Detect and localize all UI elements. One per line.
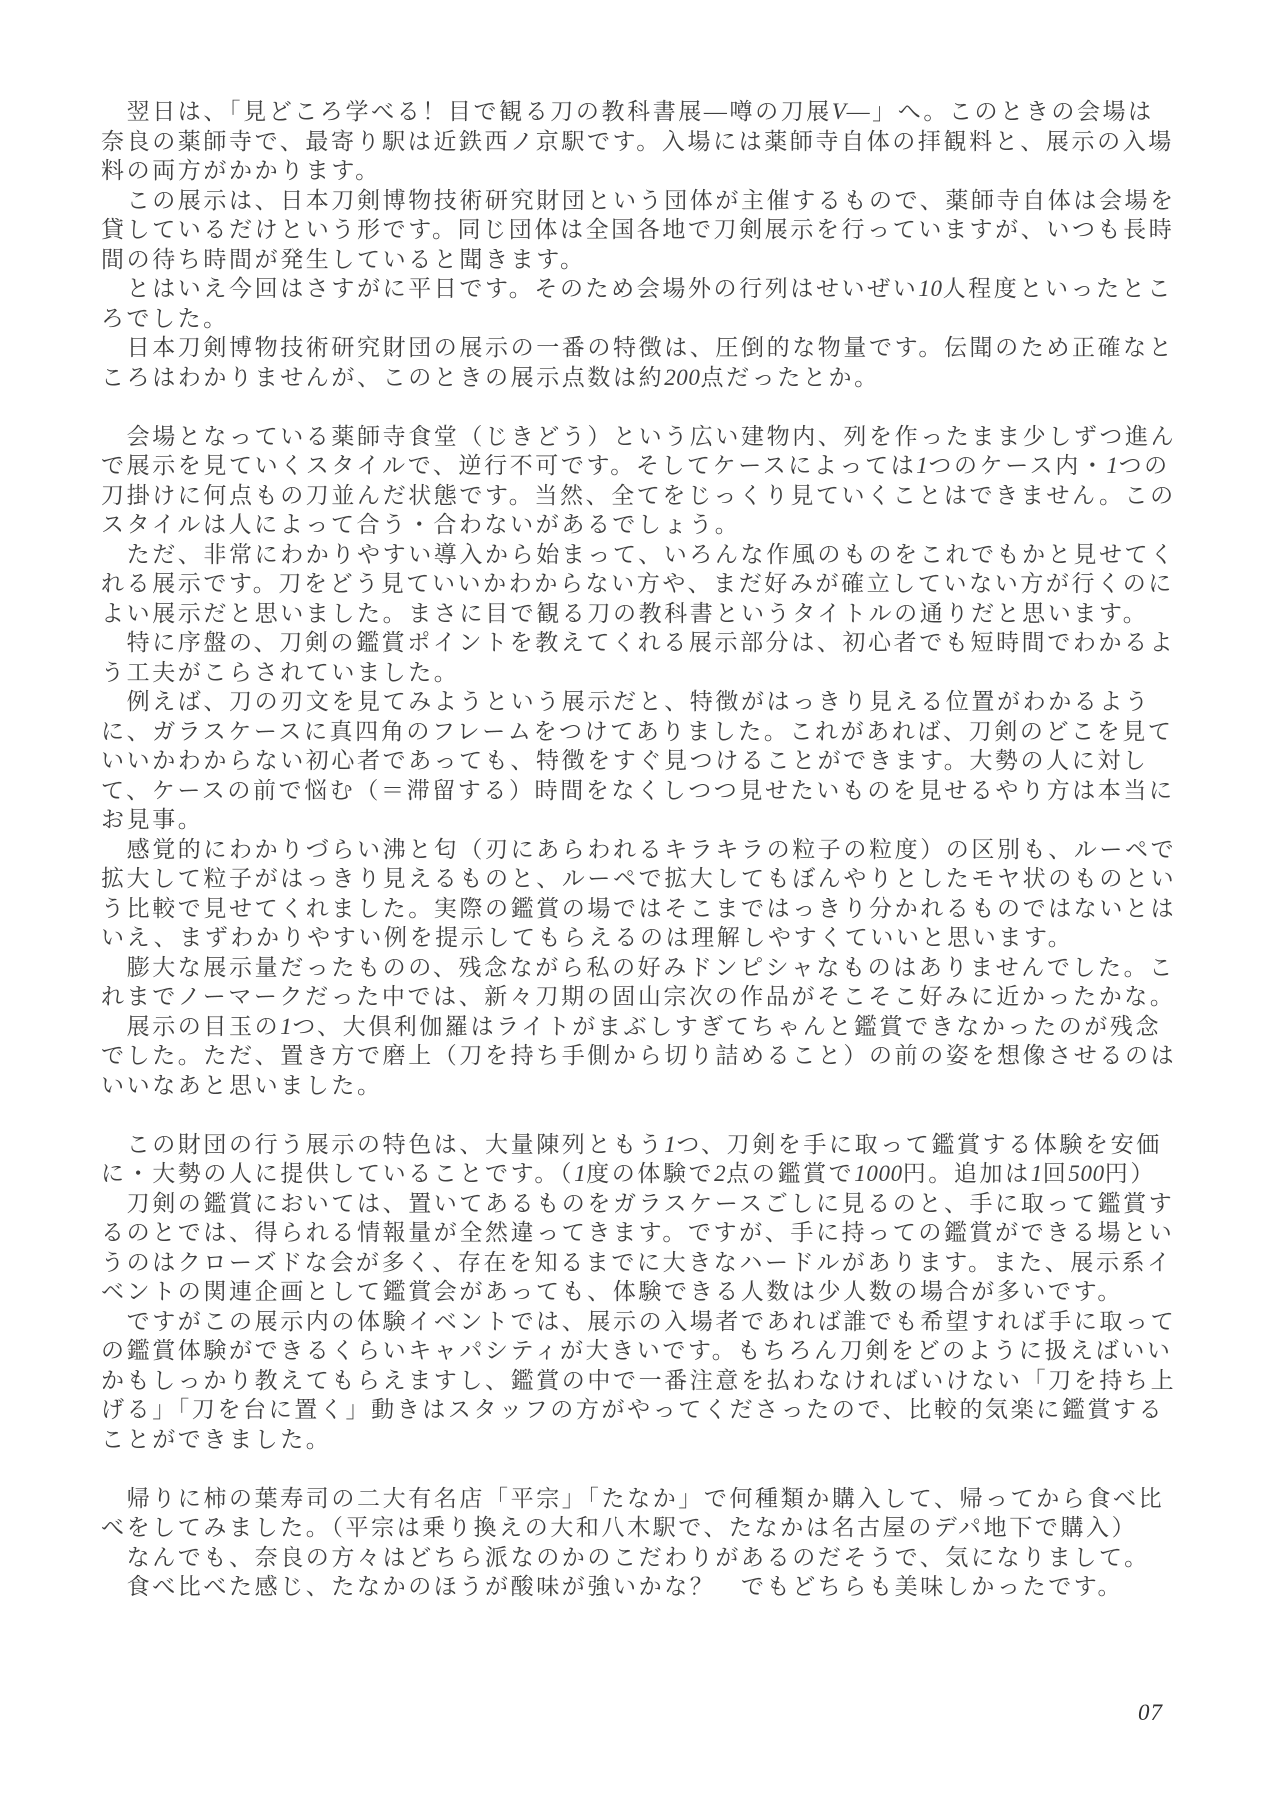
text-line: でした。ただ、置き方で磨上（刀を持ち手側から切り詰めること）の前の姿を想像させる… (101, 1041, 1189, 1071)
text-line: ろでした。 (101, 304, 1189, 334)
text-line: るのとでは、得られる情報量が全然違ってきます。ですが、手に持っての鑑賞ができる場… (101, 1218, 1189, 1248)
text-line: に、ガラスケースに真四角のフレームをつけてありました。これがあれば、刀剣のどこを… (101, 717, 1189, 747)
text-line: よい展示だと思いました。まさに目で観る刀の教科書というタイトルの通りだと思います… (101, 599, 1189, 629)
text-line: 貸しているだけという形です。同じ団体は全国各地で刀剣展示を行っていますが、いつも… (101, 215, 1189, 245)
text-line: て、ケースの前で悩む（＝滞留する）時間をなくしつつ見せたいものを見せるやり方は本… (101, 776, 1189, 806)
text-line: とはいえ今回はさすがに平日です。そのため会場外の行列はせいぜい10人程度といった… (101, 274, 1189, 304)
text-line: 奈良の薬師寺で、最寄り駅は近鉄西ノ京駅です。入場には薬師寺自体の拝観料と、展示の… (101, 127, 1189, 157)
text-line: 料の両方がかかります。 (101, 156, 1189, 186)
text-line: うのはクローズドな会が多く、存在を知るまでに大きなハードルがあります。また、展示… (101, 1248, 1189, 1278)
text-line: 間の待ち時間が発生していると聞きます。 (101, 245, 1189, 275)
text-line: 刀剣の鑑賞においては、置いてあるものをガラスケースごしに見るのと、手に取って鑑賞… (101, 1189, 1189, 1219)
text-line: 帰りに柿の葉寿司の二大有名店「平宗」「たなか」で何種類か購入して、帰ってから食べ… (101, 1484, 1189, 1514)
text-line: の鑑賞体験ができるくらいキャパシティが大きいです。もちろん刀剣をどのように扱えば… (101, 1336, 1189, 1366)
text-line: 例えば、刀の刃文を見てみようという展示だと、特徴がはっきり見える位置がわかるよう (101, 687, 1189, 717)
text-line: れまでノーマークだった中では、新々刀期の固山宗次の作品がそこそこ好みに近かったか… (101, 982, 1189, 1012)
document-page: 翌日は、「見どころ学べる！目で観る刀の教科書展―噂の刀展V―」へ。このときの会場… (0, 0, 1280, 1796)
paragraph-block: この財団の行う展示の特色は、大量陳列ともう1つ、刀剣を手に取って鑑賞する体験を安… (101, 1130, 1189, 1455)
text-line: スタイルは人によって合う・合わないがあるでしょう。 (101, 510, 1189, 540)
text-line: この展示は、日本刀剣博物技術研究財団という団体が主催するもので、薬師寺自体は会場… (101, 186, 1189, 216)
paragraph-block: 会場となっている薬師寺食堂（じきどう）という広い建物内、列を作ったまま少しずつ進… (101, 422, 1189, 1101)
text-line: 刀掛けに何点もの刀並んだ状態です。当然、全てをじっくり見ていくことはできません。… (101, 481, 1189, 511)
text-line: ことができました。 (101, 1425, 1189, 1455)
text-line: う比較で見せてくれました。実際の鑑賞の場ではそこまではっきり分かれるものではない… (101, 894, 1189, 924)
text-line: かもしっかり教えてもらえますし、鑑賞の中で一番注意を払わなければいけない「刀を持… (101, 1366, 1189, 1396)
text-line: で展示を見ていくスタイルで、逆行不可です。そしてケースによっては1つのケース内・… (101, 451, 1189, 481)
text-line: 特に序盤の、刀剣の鑑賞ポイントを教えてくれる展示部分は、初心者でも短時間でわかる… (101, 628, 1189, 658)
text-line: れる展示です。刀をどう見ていいかわからない方や、まだ好みが確立していない方が行く… (101, 569, 1189, 599)
text-line: 翌日は、「見どころ学べる！目で観る刀の教科書展―噂の刀展V―」へ。このときの会場… (101, 97, 1189, 127)
text-line: ただ、非常にわかりやすい導入から始まって、いろんな作風のものをこれでもかと見せて… (101, 540, 1189, 570)
page-number: 07 (1138, 1700, 1163, 1726)
text-line: いいかわからない初心者であっても、特徴をすぐ見つけることができます。大勢の人に対… (101, 746, 1189, 776)
paragraph-block: 帰りに柿の葉寿司の二大有名店「平宗」「たなか」で何種類か購入して、帰ってから食べ… (101, 1484, 1189, 1602)
text-line: ですがこの展示内の体験イベントでは、展示の入場者であれば誰でも希望すれば手に取っ… (101, 1307, 1189, 1337)
text-line: 会場となっている薬師寺食堂（じきどう）という広い建物内、列を作ったまま少しずつ進… (101, 422, 1189, 452)
body-text: 翌日は、「見どころ学べる！目で観る刀の教科書展―噂の刀展V―」へ。このときの会場… (101, 97, 1189, 1631)
text-line: ベントの関連企画として鑑賞会があっても、体験できる人数は少人数の場合が多いです。 (101, 1277, 1189, 1307)
text-line: べをしてみました。（平宗は乗り換えの大和八木駅で、たなかは名古屋のデパ地下で購入… (101, 1513, 1189, 1543)
text-line: ころはわかりませんが、このときの展示点数は約200点だったとか。 (101, 363, 1189, 393)
text-line: いえ、まずわかりやすい例を提示してもらえるのは理解しやすくていいと思います。 (101, 923, 1189, 953)
text-line: に・大勢の人に提供していることです。（1度の体験で2点の鑑賞で1000円。追加は… (101, 1159, 1189, 1189)
text-line: いいなあと思いました。 (101, 1071, 1189, 1101)
text-line: 感覚的にわかりづらい沸と匂（刃にあらわれるキラキラの粒子の粒度）の区別も、ルーペ… (101, 835, 1189, 865)
text-line: なんでも、奈良の方々はどちら派なのかのこだわりがあるのだそうで、気になりまして。 (101, 1543, 1189, 1573)
text-line: 展示の目玉の1つ、大倶利伽羅はライトがまぶしすぎてちゃんと鑑賞できなかったのが残… (101, 1012, 1189, 1042)
text-line: 日本刀剣博物技術研究財団の展示の一番の特徴は、圧倒的な物量です。伝聞のため正確な… (101, 333, 1189, 363)
text-line: げる」「刀を台に置く」動きはスタッフの方がやってくださったので、比較的気楽に鑑賞… (101, 1395, 1189, 1425)
text-line: う工夫がこらされていました。 (101, 658, 1189, 688)
paragraph-block: 翌日は、「見どころ学べる！目で観る刀の教科書展―噂の刀展V―」へ。このときの会場… (101, 97, 1189, 392)
text-line: お見事。 (101, 805, 1189, 835)
text-line: 膨大な展示量だったものの、残念ながら私の好みドンピシャなものはありませんでした。… (101, 953, 1189, 983)
text-line: 拡大して粒子がはっきり見えるものと、ルーペで拡大してもぼんやりとしたモヤ状のもの… (101, 864, 1189, 894)
text-line: 食べ比べた感じ、たなかのほうが酸味が強いかな？ でもどちらも美味しかったです。 (101, 1572, 1189, 1602)
text-line: この財団の行う展示の特色は、大量陳列ともう1つ、刀剣を手に取って鑑賞する体験を安… (101, 1130, 1189, 1160)
